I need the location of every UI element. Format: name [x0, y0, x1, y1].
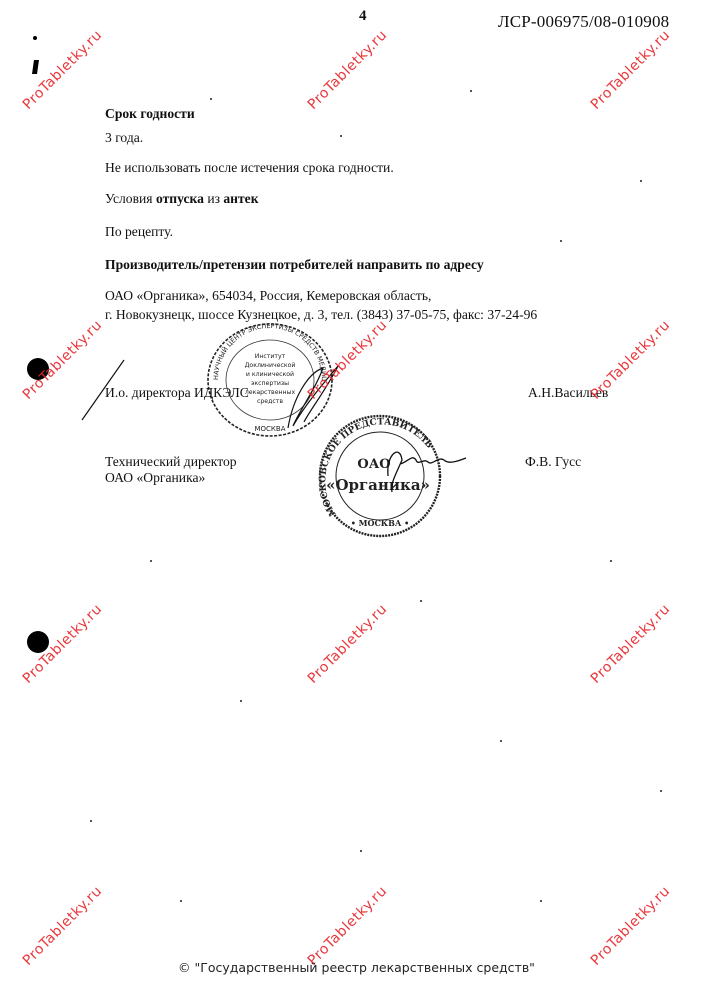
watermark: ProTabletky.ru — [588, 883, 674, 969]
scan-speck — [500, 740, 502, 742]
scan-mark — [32, 60, 39, 74]
scan-speck — [340, 135, 342, 137]
dispensing-heading-part: из — [204, 191, 223, 206]
shelf-life-value: 3 года. — [105, 130, 143, 146]
svg-text:Институт: Институт — [255, 353, 286, 360]
scan-speck — [540, 900, 542, 902]
watermark: ProTabletky.ru — [305, 883, 391, 969]
document-id: ЛСР-006975/08-010908 — [498, 12, 669, 32]
manufacturer-heading: Производитель/претензии потребителей нап… — [105, 257, 484, 273]
svg-text:экспертизы: экспертизы — [251, 380, 289, 387]
scan-speck — [90, 820, 92, 822]
dispensing-value: По рецепту. — [105, 224, 173, 240]
scan-speck — [210, 98, 212, 100]
dispensing-heading-part: отпуска — [156, 191, 204, 206]
dispensing-heading-part: антек — [223, 191, 258, 206]
dispensing-heading-part: Условия — [105, 191, 156, 206]
svg-text:Доклинической: Доклинической — [245, 361, 296, 369]
svg-text:МОСКВА: МОСКВА — [255, 425, 286, 433]
page-number: 4 — [359, 8, 367, 25]
signatory-title-2-line-2: ОАО «Органика» — [105, 470, 205, 486]
scan-speck — [610, 560, 612, 562]
signatory-title-1: И.о. директора ИДКЭЛС — [105, 385, 249, 401]
scan-speck — [560, 240, 562, 242]
scan-speck — [180, 900, 182, 902]
watermark: ProTabletky.ru — [20, 883, 106, 969]
manufacturer-address-line-1: ОАО «Органика», 654034, Россия, Кемеровс… — [105, 288, 431, 304]
watermark: ProTabletky.ru — [588, 27, 674, 113]
svg-text:и клинической: и клинической — [246, 370, 294, 378]
scan-mark — [33, 36, 37, 40]
signatory-name-2: Ф.В. Гусс — [525, 454, 581, 470]
svg-text:«Органика»: «Органика» — [326, 476, 430, 494]
svg-text:ОАО: ОАО — [357, 457, 390, 472]
organika-stamp: МОСКОВСКОЕ ПРЕДСТАВИТЕЛЬСТВО ОАО «Органи… — [316, 414, 446, 538]
watermark: ProTabletky.ru — [305, 27, 391, 113]
footer-copyright: © "Государственный реестр лекарственных … — [178, 960, 535, 975]
scan-speck — [360, 850, 362, 852]
svg-text:лекарственных: лекарственных — [245, 389, 296, 396]
svg-text:средств: средств — [257, 398, 283, 405]
shelf-life-note: Не использовать после истечения срока го… — [105, 160, 394, 176]
scan-speck — [150, 560, 152, 562]
shelf-life-heading: Срок годности — [105, 106, 195, 122]
scan-speck — [640, 180, 642, 182]
watermark: ProTabletky.ru — [588, 601, 674, 687]
scan-speck — [240, 700, 242, 702]
scan-speck — [420, 600, 422, 602]
svg-text:• МОСКВА •: • МОСКВА • — [351, 518, 410, 528]
scan-speck — [470, 90, 472, 92]
watermark: ProTabletky.ru — [588, 317, 674, 403]
watermark: ProTabletky.ru — [305, 601, 391, 687]
signatory-title-2-line-1: Технический директор — [105, 454, 237, 470]
dispensing-heading: Условия отпуска из антек — [105, 191, 259, 207]
scan-speck — [660, 790, 662, 792]
